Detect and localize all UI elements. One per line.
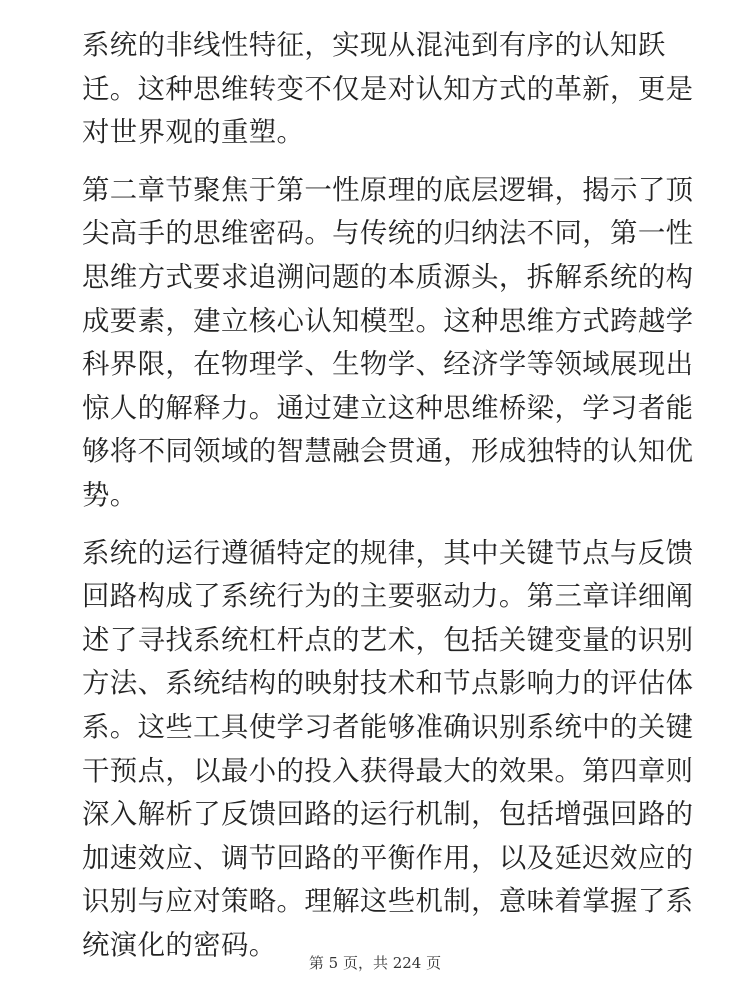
text-line: 尖高手的思维密码。与传统的归纳法不同，第一性 (82, 212, 674, 256)
text-line: 方法、系统结构的映射技术和节点影响力的评估体 (82, 662, 674, 706)
paragraph-3: 系统的运行遵循特定的规律，其中关键节点与反馈 回路构成了系统行为的主要驱动力。第… (82, 532, 674, 968)
text-line: 识别与应对策略。理解这些机制，意味着掌握了系 (82, 880, 674, 924)
page-number-footer: 第 5 页，共 224 页 (0, 952, 750, 973)
text-line: 第二章节聚焦于第一性原理的底层逻辑，揭示了顶 (82, 169, 674, 213)
text-line: 干预点，以最小的投入获得最大的效果。第四章则 (82, 750, 674, 794)
text-line: 势。 (82, 474, 674, 518)
text-line: 加速效应、调节回路的平衡作用，以及延迟效应的 (82, 837, 674, 881)
page-body: 系统的非线性特征，实现从混沌到有序的认知跃 迁。这种思维转变不仅是对认知方式的革… (82, 24, 674, 981)
text-line: 深入解析了反馈回路的运行机制，包括增强回路的 (82, 793, 674, 837)
text-line: 思维方式要求追溯问题的本质源头，拆解系统的构 (82, 256, 674, 300)
text-line: 系。这些工具使学习者能够准确识别系统中的关键 (82, 706, 674, 750)
text-line: 惊人的解释力。通过建立这种思维桥梁，学习者能 (82, 387, 674, 431)
text-line: 科界限，在物理学、生物学、经济学等领域展现出 (82, 343, 674, 387)
paragraph-2: 第二章节聚焦于第一性原理的底层逻辑，揭示了顶 尖高手的思维密码。与传统的归纳法不… (82, 169, 674, 518)
text-line: 系统的运行遵循特定的规律，其中关键节点与反馈 (82, 532, 674, 576)
text-line: 述了寻找系统杠杆点的艺术，包括关键变量的识别 (82, 619, 674, 663)
text-line: 对世界观的重塑。 (82, 111, 674, 155)
paragraph-1: 系统的非线性特征，实现从混沌到有序的认知跃 迁。这种思维转变不仅是对认知方式的革… (82, 24, 674, 155)
text-line: 回路构成了系统行为的主要驱动力。第三章详细阐 (82, 575, 674, 619)
text-line: 系统的非线性特征，实现从混沌到有序的认知跃 (82, 24, 674, 68)
text-line: 迁。这种思维转变不仅是对认知方式的革新，更是 (82, 68, 674, 112)
text-line: 成要素，建立核心认知模型。这种思维方式跨越学 (82, 300, 674, 344)
text-line: 够将不同领域的智慧融会贯通，形成独特的认知优 (82, 430, 674, 474)
